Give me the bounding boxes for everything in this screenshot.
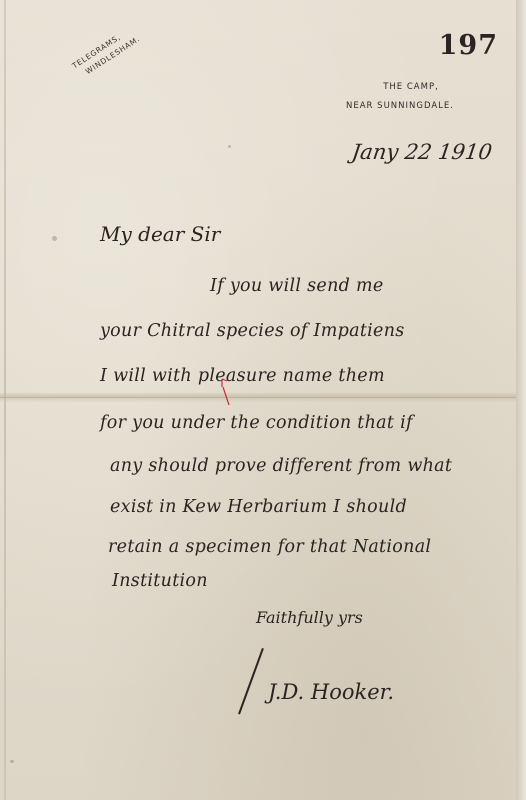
paper-fold-line <box>0 397 516 398</box>
body-line: I will with pleasure name them <box>100 366 385 386</box>
body-line: for you under the condition that if <box>100 413 413 433</box>
body-line: retain a specimen for that National <box>108 537 431 557</box>
body-line: Institution <box>112 571 208 591</box>
body-line: If you will send me <box>210 276 384 296</box>
body-line: any should prove different from what <box>110 456 452 476</box>
red-pencil-mark-icon <box>219 377 233 407</box>
body-line: your Chitral species of Impatiens <box>100 321 405 341</box>
address-line-2: near Sunningdale. <box>330 97 470 116</box>
paper-spot <box>52 236 57 241</box>
letterhead-address: The Camp, near Sunningdale. <box>330 78 470 116</box>
paper-spot <box>228 145 231 148</box>
paper-spot <box>10 760 14 763</box>
folio-number: 197 <box>439 30 498 61</box>
signature: J.D. Hooker. <box>268 680 394 704</box>
salutation: My dear Sir <box>100 222 220 246</box>
address-line-1: The Camp, <box>330 78 470 97</box>
body-line: exist in Kew Herbarium I should <box>110 497 407 517</box>
letter-date: Jany 22 1910 <box>350 140 493 164</box>
scan-edge <box>516 0 526 800</box>
closing: Faithfully yrs <box>256 608 363 627</box>
